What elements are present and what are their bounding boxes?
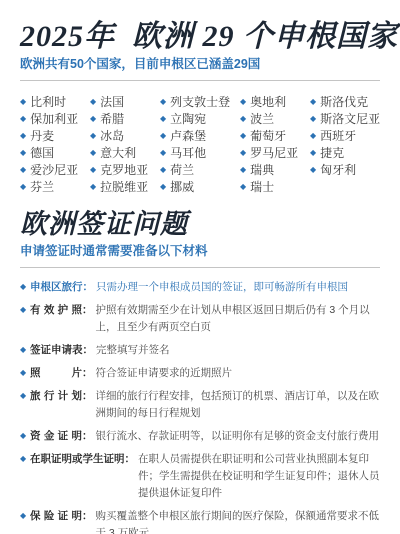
checklist-item-desc: 护照有效期需至少在计划从申根区返回日期后仍有 3 个月以上，且至少有两页空白页 — [96, 302, 381, 336]
checklist-item-colon: ： — [82, 365, 93, 382]
country-item: ◆ 捷克 — [310, 144, 380, 161]
country-name: 比利时 — [30, 93, 66, 110]
country-item: ◆ 奥地利 — [240, 93, 310, 110]
country-item: ◆ 爱沙尼亚 — [20, 161, 90, 178]
diamond-bullet-icon: ◆ — [90, 115, 96, 123]
country-name: 匈牙利 — [320, 161, 356, 178]
page-title: 2025年 欧洲 29 个申根国家 — [20, 20, 380, 53]
checklist-item-colon: ： — [82, 428, 93, 445]
diamond-bullet-icon: ◆ — [90, 149, 96, 157]
checklist-item-colon: ： — [83, 279, 94, 296]
diamond-bullet-icon: ◆ — [310, 166, 316, 174]
diamond-bullet-icon: ◆ — [310, 149, 316, 157]
country-item: ◆ 比利时 — [20, 93, 90, 110]
country-item: ◆ 荷兰 — [160, 161, 240, 178]
country-item: ◆ 卢森堡 — [160, 127, 240, 144]
visa-section-divider — [20, 267, 380, 268]
country-name: 法国 — [100, 93, 124, 110]
country-name: 芬兰 — [30, 178, 54, 195]
visa-section-title: 欧洲签证问题 — [20, 208, 380, 240]
diamond-bullet-icon: ◆ — [20, 115, 26, 123]
checklist-item-label: 照片 — [30, 365, 82, 382]
country-item: ◆ 法国 — [90, 93, 160, 110]
checklist-item-desc: 详细的旅行行程安排，包括预订的机票、酒店订单，以及在欧洲期间的每日行程规划 — [96, 388, 381, 422]
country-item: ◆ 丹麦 — [20, 127, 90, 144]
visa-section: 欧洲签证问题 申请签证时通常需要准备以下材料 ◆ 申根区旅行 ： 只需办理一个申… — [20, 208, 380, 534]
country-item: ◆ 西班牙 — [310, 127, 380, 144]
diamond-bullet-icon: ◆ — [20, 428, 30, 440]
country-item: ◆ 马耳他 — [160, 144, 240, 161]
diamond-bullet-icon: ◆ — [160, 98, 166, 106]
diamond-bullet-icon: ◆ — [160, 132, 166, 140]
diamond-bullet-icon: ◆ — [90, 183, 96, 191]
country-name: 瑞士 — [250, 178, 274, 195]
checklist-item-desc: 银行流水、存款证明等，以证明你有足够的资金支付旅行费用 — [96, 428, 381, 445]
checklist-item-desc: 完整填写并签名 — [96, 342, 380, 359]
country-item: ◆ 列支敦士登 — [160, 93, 240, 110]
checklist-item-desc: 在职人员需提供在职证明和公司营业执照副本复印件；学生需提供在校证明和学生证复印件… — [138, 451, 380, 502]
country-name: 斯洛伐克 — [320, 93, 368, 110]
country-name: 瑞典 — [250, 161, 274, 178]
country-item: ◆ 保加利亚 — [20, 110, 90, 127]
diamond-bullet-icon: ◆ — [240, 98, 246, 106]
country-item: ◆ 瑞典 — [240, 161, 310, 178]
diamond-bullet-icon: ◆ — [20, 98, 26, 106]
checklist-item-label: 有效护照 — [30, 302, 82, 319]
checklist-item: ◆ 资金证明 ： 银行流水、存款证明等，以证明你有足够的资金支付旅行费用 — [20, 428, 380, 445]
country-name: 挪威 — [170, 178, 194, 195]
country-name: 波兰 — [250, 110, 274, 127]
country-name: 爱沙尼亚 — [30, 161, 78, 178]
diamond-bullet-icon: ◆ — [20, 365, 30, 377]
country-item: ◆ 立陶宛 — [160, 110, 240, 127]
checklist-item-colon: ： — [83, 342, 94, 359]
diamond-bullet-icon: ◆ — [310, 115, 316, 123]
diamond-bullet-icon: ◆ — [20, 149, 26, 157]
checklist-item-desc: 购买覆盖整个申根区旅行期间的医疗保险，保额通常要求不低于 3 万欧元 — [96, 508, 381, 534]
country-name: 意大利 — [100, 144, 136, 161]
diamond-bullet-icon: ◆ — [20, 132, 26, 140]
diamond-bullet-icon: ◆ — [160, 166, 166, 174]
diamond-bullet-icon: ◆ — [20, 183, 26, 191]
diamond-bullet-icon: ◆ — [20, 166, 26, 174]
header-subtitle: 欧洲共有50个国家，目前申根区已涵盖29国 — [20, 57, 380, 72]
diamond-bullet-icon: ◆ — [240, 132, 246, 140]
country-name: 荷兰 — [170, 161, 194, 178]
country-item: ◆ 葡萄牙 — [240, 127, 310, 144]
country-item: ◆ 克罗地亚 — [90, 161, 160, 178]
country-item: ◆ 芬兰 — [20, 178, 90, 195]
country-name: 保加利亚 — [30, 110, 78, 127]
checklist-item: ◆ 签证申请表 ： 完整填写并签名 — [20, 342, 380, 359]
country-name: 葡萄牙 — [250, 127, 286, 144]
diamond-bullet-icon: ◆ — [20, 508, 30, 520]
checklist-item-label: 保险证明 — [30, 508, 82, 525]
diamond-bullet-icon: ◆ — [310, 98, 316, 106]
country-item: ◆ 冰岛 — [90, 127, 160, 144]
country-item: ◆ 斯洛文尼亚 — [310, 110, 380, 127]
country-name: 斯洛文尼亚 — [320, 110, 380, 127]
country-name: 罗马尼亚 — [250, 144, 298, 161]
country-name: 奥地利 — [250, 93, 286, 110]
diamond-bullet-icon: ◆ — [20, 342, 30, 354]
country-item: ◆ 斯洛伐克 — [310, 93, 380, 110]
country-item: ◆ 拉脱维亚 — [90, 178, 160, 195]
country-name: 丹麦 — [30, 127, 54, 144]
checklist-item-label: 旅行计划 — [30, 388, 82, 405]
diamond-bullet-icon: ◆ — [20, 451, 30, 463]
country-item: ◆ 瑞士 — [240, 178, 310, 195]
country-name: 希腊 — [100, 110, 124, 127]
diamond-bullet-icon: ◆ — [240, 115, 246, 123]
checklist-item-colon: ： — [125, 451, 136, 468]
checklist-item-colon: ： — [82, 302, 93, 319]
checklist-item-colon: ： — [82, 388, 93, 405]
visa-checklist: ◆ 申根区旅行 ： 只需办理一个申根成员国的签证，即可畅游所有申根国 ◆ 有效护… — [20, 279, 380, 534]
diamond-bullet-icon: ◆ — [90, 98, 96, 106]
country-item: ◆ 匈牙利 — [310, 161, 380, 178]
country-name: 冰岛 — [100, 127, 124, 144]
diamond-bullet-icon: ◆ — [160, 183, 166, 191]
country-name: 立陶宛 — [170, 110, 206, 127]
checklist-item: ◆ 照片 ： 符合签证申请要求的近期照片 — [20, 365, 380, 382]
checklist-item: ◆ 有效护照 ： 护照有效期需至少在计划从申根区返回日期后仍有 3 个月以上，且… — [20, 302, 380, 336]
country-name: 马耳他 — [170, 144, 206, 161]
checklist-item-colon: ： — [82, 508, 93, 525]
country-name: 德国 — [30, 144, 54, 161]
checklist-item-label: 签证申请表 — [30, 342, 83, 359]
visa-section-subtitle: 申请签证时通常需要准备以下材料 — [20, 244, 380, 259]
country-name: 克罗地亚 — [100, 161, 148, 178]
country-name: 西班牙 — [320, 127, 356, 144]
diamond-bullet-icon: ◆ — [20, 302, 30, 314]
diamond-bullet-icon: ◆ — [160, 149, 166, 157]
checklist-item: ◆ 在职证明或学生证明 ： 在职人员需提供在职证明和公司营业执照副本复印件；学生… — [20, 451, 380, 502]
checklist-item: ◆ 保险证明 ： 购买覆盖整个申根区旅行期间的医疗保险，保额通常要求不低于 3 … — [20, 508, 380, 534]
diamond-bullet-icon: ◆ — [310, 132, 316, 140]
country-item: ◆ 罗马尼亚 — [240, 144, 310, 161]
checklist-item: ◆ 旅行计划 ： 详细的旅行行程安排，包括预订的机票、酒店订单，以及在欧洲期间的… — [20, 388, 380, 422]
country-name: 列支敦士登 — [170, 93, 230, 110]
country-name: 捷克 — [320, 144, 344, 161]
schengen-info-poster: 2025年 欧洲 29 个申根国家 欧洲共有50个国家，目前申根区已涵盖29国 … — [0, 0, 400, 534]
header: 2025年 欧洲 29 个申根国家 欧洲共有50个国家，目前申根区已涵盖29国 — [20, 20, 380, 81]
diamond-bullet-icon: ◆ — [240, 149, 246, 157]
diamond-bullet-icon: ◆ — [20, 388, 30, 400]
checklist-item-label: 申根区旅行 — [30, 279, 83, 296]
country-name: 拉脱维亚 — [100, 178, 148, 195]
country-item: ◆ 德国 — [20, 144, 90, 161]
checklist-item-desc: 符合签证申请要求的近期照片 — [96, 365, 381, 382]
checklist-item: ◆ 申根区旅行 ： 只需办理一个申根成员国的签证，即可畅游所有申根国 — [20, 279, 380, 296]
diamond-bullet-icon: ◆ — [240, 166, 246, 174]
diamond-bullet-icon: ◆ — [20, 279, 30, 291]
checklist-item-label: 在职证明或学生证明 — [30, 451, 125, 468]
header-divider — [20, 80, 380, 81]
country-item: ◆ 意大利 — [90, 144, 160, 161]
checklist-item-desc: 只需办理一个申根成员国的签证，即可畅游所有申根国 — [96, 279, 380, 296]
diamond-bullet-icon: ◆ — [90, 166, 96, 174]
diamond-bullet-icon: ◆ — [90, 132, 96, 140]
diamond-bullet-icon: ◆ — [160, 115, 166, 123]
checklist-item-label: 资金证明 — [30, 428, 82, 445]
country-item: ◆ 挪威 — [160, 178, 240, 195]
diamond-bullet-icon: ◆ — [240, 183, 246, 191]
schengen-country-grid: ◆ 比利时 ◆ 保加利亚 ◆ 丹麦 ◆ 德国 ◆ 爱沙尼亚 ◆ 芬兰 ◆ 法国 … — [20, 93, 380, 195]
country-item: ◆ 波兰 — [240, 110, 310, 127]
country-item: ◆ 希腊 — [90, 110, 160, 127]
country-name: 卢森堡 — [170, 127, 206, 144]
